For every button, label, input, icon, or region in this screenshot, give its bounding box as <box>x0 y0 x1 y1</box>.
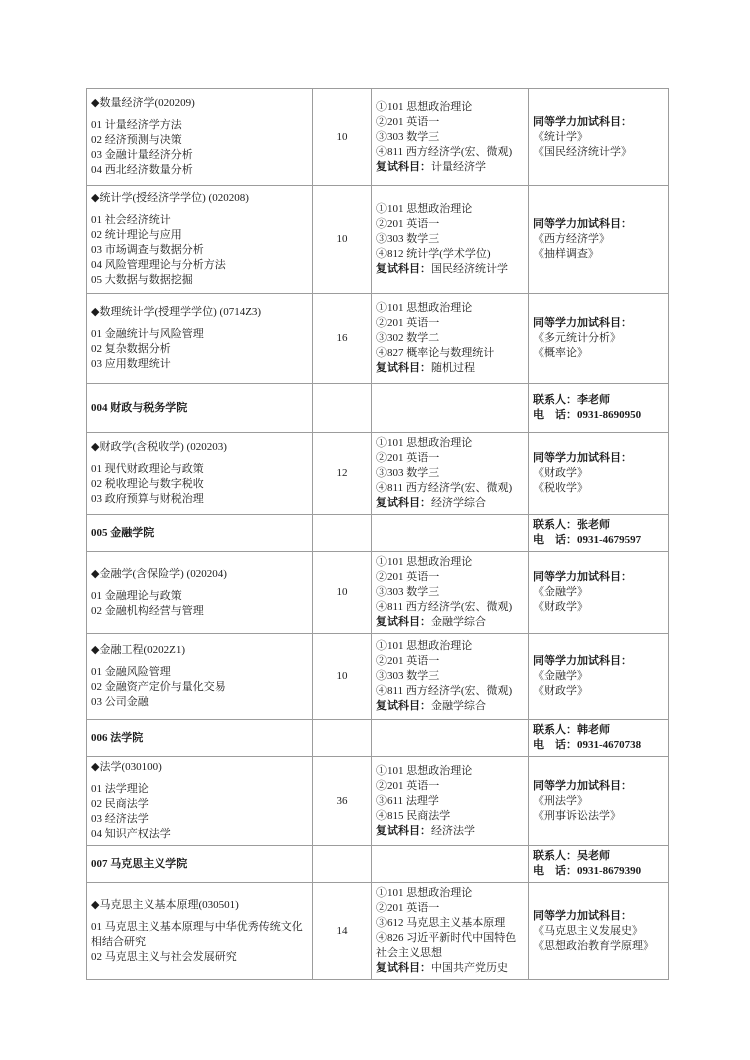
equivalency-note-item: 《财政学》 <box>533 600 664 615</box>
major-info-cell: ◆法学(030100) 01 法学理论 02 民商法学 03 经济法学 04 知… <box>87 757 313 846</box>
exam-subject: ②201 英语一 <box>376 316 524 331</box>
college-row: 006 法学院 联系人：韩老师 电 话：0931-4670738 <box>87 720 669 757</box>
exam-subject: ④811 西方经济学(宏、微观) <box>376 600 524 615</box>
research-direction: 02 复杂数据分析 <box>91 342 308 357</box>
contact-phone: 电 话：0931-8679390 <box>533 864 664 879</box>
research-direction: 03 政府预算与财税治理 <box>91 492 308 507</box>
exam-subject: ①101 思想政治理论 <box>376 202 524 217</box>
contact-person: 联系人：韩老师 <box>533 723 664 738</box>
empty-cell <box>372 846 529 883</box>
exam-subject: ②201 英语一 <box>376 901 524 916</box>
major-info-cell: ◆统计学(授经济学学位) (020208) 01 社会经济统计 02 统计理论与… <box>87 186 313 294</box>
exam-subject: ②201 英语一 <box>376 779 524 794</box>
major-info-cell: ◆数理统计学(授理学学位) (0714Z3) 01 金融统计与风险管理 02 复… <box>87 294 313 384</box>
equivalency-note-item: 《刑法学》 <box>533 794 664 809</box>
exam-subject: ③303 数学三 <box>376 669 524 684</box>
exam-subject: ②201 英语一 <box>376 217 524 232</box>
exam-subject: ④827 概率论与数理统计 <box>376 346 524 361</box>
college-row: 005 金融学院 联系人：张老师 电 话：0931-4679597 <box>87 515 669 552</box>
exam-subject: ③303 数学三 <box>376 232 524 247</box>
retest-subjects: 复试科目：计量经济学 <box>376 160 524 175</box>
major-row: ◆财政学(含税收学) (020203) 01 现代财政理论与政策 02 税收理论… <box>87 433 669 515</box>
contact-phone: 电 话：0931-4679597 <box>533 533 664 548</box>
retest-subjects: 复试科目：金融学综合 <box>376 615 524 630</box>
research-direction: 03 公司金融 <box>91 695 308 710</box>
research-direction: 03 市场调查与数据分析 <box>91 243 308 258</box>
empty-cell <box>313 846 372 883</box>
equivalency-note-item: 《财政学》 <box>533 684 664 699</box>
research-direction: 02 马克思主义与社会发展研究 <box>91 950 308 965</box>
retest-subjects: 复试科目：金融学综合 <box>376 699 524 714</box>
research-direction: 02 金融资产定价与量化交易 <box>91 680 308 695</box>
research-direction: 01 金融理论与政策 <box>91 589 308 604</box>
research-direction: 03 金融计量经济分析 <box>91 148 308 163</box>
exam-subject: ①101 思想政治理论 <box>376 639 524 654</box>
research-direction: 02 民商法学 <box>91 797 308 812</box>
contact-cell: 联系人：韩老师 电 话：0931-4670738 <box>529 720 669 757</box>
equivalency-notes-cell: 同等学力加试科目： 《统计学》 《国民经济统计学》 <box>529 89 669 186</box>
empty-cell <box>313 515 372 552</box>
exam-subject: ④815 民商法学 <box>376 809 524 824</box>
empty-cell <box>372 515 529 552</box>
exam-subjects-cell: ①101 思想政治理论 ②201 英语一 ③302 数学二 ④827 概率论与数… <box>372 294 529 384</box>
exam-subject: ②201 英语一 <box>376 115 524 130</box>
document-page: ◆数量经济学(020209) 01 计量经济学方法 02 经济预测与决策 03 … <box>0 0 750 1060</box>
quota-value: 14 <box>313 883 372 980</box>
equivalency-note-item: 《金融学》 <box>533 585 664 600</box>
quota-value: 10 <box>313 552 372 634</box>
exam-subject: ②201 英语一 <box>376 570 524 585</box>
college-name: 007 马克思主义学院 <box>87 846 313 883</box>
empty-cell <box>313 720 372 757</box>
major-row: ◆法学(030100) 01 法学理论 02 民商法学 03 经济法学 04 知… <box>87 757 669 846</box>
equivalency-note-item: 《马克思主义发展史》 <box>533 924 664 939</box>
equivalency-notes-cell: 同等学力加试科目： 《金融学》 《财政学》 <box>529 634 669 720</box>
research-direction: 03 经济法学 <box>91 812 308 827</box>
research-direction: 04 知识产权法学 <box>91 827 308 842</box>
exam-subject: ④826 习近平新时代中国特色社会主义思想 <box>376 931 524 961</box>
exam-subject: ②201 英语一 <box>376 451 524 466</box>
major-info-cell: ◆金融工程(0202Z1) 01 金融风险管理 02 金融资产定价与量化交易 0… <box>87 634 313 720</box>
contact-cell: 联系人：李老师 电 话：0931-8690950 <box>529 384 669 433</box>
exam-subject: ③302 数学二 <box>376 331 524 346</box>
quota-value: 10 <box>313 186 372 294</box>
major-row: ◆统计学(授经济学学位) (020208) 01 社会经济统计 02 统计理论与… <box>87 186 669 294</box>
exam-subject: ③612 马克思主义基本原理 <box>376 916 524 931</box>
exam-subject: ①101 思想政治理论 <box>376 555 524 570</box>
exam-subjects-cell: ①101 思想政治理论 ②201 英语一 ③303 数学三 ④811 西方经济学… <box>372 552 529 634</box>
research-direction: 01 计量经济学方法 <box>91 118 308 133</box>
retest-subjects: 复试科目：国民经济统计学 <box>376 262 524 277</box>
equivalency-notes-cell: 同等学力加试科目： 《马克思主义发展史》 《思想政治教育学原理》 <box>529 883 669 980</box>
exam-subject: ③611 法理学 <box>376 794 524 809</box>
retest-subjects: 复试科目：随机过程 <box>376 361 524 376</box>
major-name: ◆金融工程(0202Z1) <box>91 643 308 658</box>
research-direction: 01 金融风险管理 <box>91 665 308 680</box>
exam-subject: ④811 西方经济学(宏、微观) <box>376 684 524 699</box>
quota-value: 36 <box>313 757 372 846</box>
exam-subjects-cell: ①101 思想政治理论 ②201 英语一 ③611 法理学 ④815 民商法学 … <box>372 757 529 846</box>
exam-subject: ④812 统计学(学术学位) <box>376 247 524 262</box>
equivalency-notes-cell: 同等学力加试科目： 《财政学》 《税收学》 <box>529 433 669 515</box>
contact-person: 联系人：张老师 <box>533 518 664 533</box>
research-direction: 02 统计理论与应用 <box>91 228 308 243</box>
major-name: ◆数量经济学(020209) <box>91 96 308 111</box>
retest-subjects: 复试科目：中国共产党历史 <box>376 961 524 976</box>
retest-subjects: 复试科目：经济法学 <box>376 824 524 839</box>
contact-person: 联系人：吴老师 <box>533 849 664 864</box>
contact-phone: 电 话：0931-4670738 <box>533 738 664 753</box>
equivalency-note-title: 同等学力加试科目： <box>533 451 664 466</box>
equivalency-note-item: 《多元统计分析》 <box>533 331 664 346</box>
exam-subject: ①101 思想政治理论 <box>376 886 524 901</box>
equivalency-note-title: 同等学力加试科目： <box>533 115 664 130</box>
research-direction: 01 金融统计与风险管理 <box>91 327 308 342</box>
research-direction: 05 大数据与数据挖掘 <box>91 273 308 288</box>
exam-subjects-cell: ①101 思想政治理论 ②201 英语一 ③303 数学三 ④811 西方经济学… <box>372 433 529 515</box>
equivalency-note-item: 《刑事诉讼法学》 <box>533 809 664 824</box>
exam-subject: ④811 西方经济学(宏、微观) <box>376 145 524 160</box>
contact-cell: 联系人：张老师 电 话：0931-4679597 <box>529 515 669 552</box>
exam-subjects-cell: ①101 思想政治理论 ②201 英语一 ③612 马克思主义基本原理 ④826… <box>372 883 529 980</box>
research-direction: 04 西北经济数量分析 <box>91 163 308 178</box>
equivalency-note-title: 同等学力加试科目： <box>533 654 664 669</box>
major-name: ◆马克思主义基本原理(030501) <box>91 898 308 913</box>
equivalency-note-item: 《西方经济学》 <box>533 232 664 247</box>
equivalency-note-item: 《财政学》 <box>533 466 664 481</box>
college-name: 006 法学院 <box>87 720 313 757</box>
exam-subject: ①101 思想政治理论 <box>376 436 524 451</box>
exam-subject: ③303 数学三 <box>376 130 524 145</box>
research-direction: 02 金融机构经营与管理 <box>91 604 308 619</box>
exam-subject: ①101 思想政治理论 <box>376 100 524 115</box>
major-info-cell: ◆金融学(含保险学) (020204) 01 金融理论与政策 02 金融机构经营… <box>87 552 313 634</box>
research-direction: 02 税收理论与数字税收 <box>91 477 308 492</box>
quota-value: 16 <box>313 294 372 384</box>
major-name: ◆数理统计学(授理学学位) (0714Z3) <box>91 305 308 320</box>
exam-subject: ①101 思想政治理论 <box>376 301 524 316</box>
major-name: ◆金融学(含保险学) (020204) <box>91 567 308 582</box>
major-row: ◆金融工程(0202Z1) 01 金融风险管理 02 金融资产定价与量化交易 0… <box>87 634 669 720</box>
college-row: 007 马克思主义学院 联系人：吴老师 电 话：0931-8679390 <box>87 846 669 883</box>
major-info-cell: ◆马克思主义基本原理(030501) 01 马克思主义基本原理与中华优秀传统文化… <box>87 883 313 980</box>
equivalency-note-item: 《税收学》 <box>533 481 664 496</box>
equivalency-note-item: 《思想政治教育学原理》 <box>533 939 664 954</box>
research-direction: 01 现代财政理论与政策 <box>91 462 308 477</box>
major-info-cell: ◆财政学(含税收学) (020203) 01 现代财政理论与政策 02 税收理论… <box>87 433 313 515</box>
equivalency-note-item: 《国民经济统计学》 <box>533 145 664 160</box>
equivalency-notes-cell: 同等学力加试科目： 《刑法学》 《刑事诉讼法学》 <box>529 757 669 846</box>
college-row: 004 财政与税务学院 联系人：李老师 电 话：0931-8690950 <box>87 384 669 433</box>
contact-person: 联系人：李老师 <box>533 393 664 408</box>
college-name: 004 财政与税务学院 <box>87 384 313 433</box>
research-direction: 04 风险管理理论与分析方法 <box>91 258 308 273</box>
retest-subjects: 复试科目：经济学综合 <box>376 496 524 511</box>
equivalency-note-item: 《概率论》 <box>533 346 664 361</box>
major-name: ◆财政学(含税收学) (020203) <box>91 440 308 455</box>
research-direction: 03 应用数理统计 <box>91 357 308 372</box>
empty-cell <box>372 384 529 433</box>
contact-phone: 电 话：0931-8690950 <box>533 408 664 423</box>
admissions-catalog-table: ◆数量经济学(020209) 01 计量经济学方法 02 经济预测与决策 03 … <box>86 88 669 980</box>
empty-cell <box>372 720 529 757</box>
empty-cell <box>313 384 372 433</box>
college-name: 005 金融学院 <box>87 515 313 552</box>
exam-subject: ④811 西方经济学(宏、微观) <box>376 481 524 496</box>
equivalency-notes-cell: 同等学力加试科目： 《多元统计分析》 《概率论》 <box>529 294 669 384</box>
equivalency-note-title: 同等学力加试科目： <box>533 217 664 232</box>
exam-subject: ②201 英语一 <box>376 654 524 669</box>
equivalency-note-title: 同等学力加试科目： <box>533 316 664 331</box>
exam-subjects-cell: ①101 思想政治理论 ②201 英语一 ③303 数学三 ④811 西方经济学… <box>372 89 529 186</box>
equivalency-notes-cell: 同等学力加试科目： 《金融学》 《财政学》 <box>529 552 669 634</box>
major-row: ◆金融学(含保险学) (020204) 01 金融理论与政策 02 金融机构经营… <box>87 552 669 634</box>
equivalency-note-title: 同等学力加试科目： <box>533 570 664 585</box>
equivalency-note-item: 《统计学》 <box>533 130 664 145</box>
quota-value: 12 <box>313 433 372 515</box>
equivalency-notes-cell: 同等学力加试科目： 《西方经济学》 《抽样调查》 <box>529 186 669 294</box>
exam-subjects-cell: ①101 思想政治理论 ②201 英语一 ③303 数学三 ④812 统计学(学… <box>372 186 529 294</box>
exam-subjects-cell: ①101 思想政治理论 ②201 英语一 ③303 数学三 ④811 西方经济学… <box>372 634 529 720</box>
research-direction: 02 经济预测与决策 <box>91 133 308 148</box>
equivalency-note-title: 同等学力加试科目： <box>533 909 664 924</box>
equivalency-note-item: 《金融学》 <box>533 669 664 684</box>
major-name: ◆统计学(授经济学学位) (020208) <box>91 191 308 206</box>
major-row: ◆数量经济学(020209) 01 计量经济学方法 02 经济预测与决策 03 … <box>87 89 669 186</box>
exam-subject: ③303 数学三 <box>376 585 524 600</box>
quota-value: 10 <box>313 89 372 186</box>
major-name: ◆法学(030100) <box>91 760 308 775</box>
major-row: ◆马克思主义基本原理(030501) 01 马克思主义基本原理与中华优秀传统文化… <box>87 883 669 980</box>
research-direction: 01 社会经济统计 <box>91 213 308 228</box>
equivalency-note-title: 同等学力加试科目： <box>533 779 664 794</box>
major-info-cell: ◆数量经济学(020209) 01 计量经济学方法 02 经济预测与决策 03 … <box>87 89 313 186</box>
major-row: ◆数理统计学(授理学学位) (0714Z3) 01 金融统计与风险管理 02 复… <box>87 294 669 384</box>
exam-subject: ①101 思想政治理论 <box>376 764 524 779</box>
research-direction: 01 法学理论 <box>91 782 308 797</box>
quota-value: 10 <box>313 634 372 720</box>
research-direction: 01 马克思主义基本原理与中华优秀传统文化相结合研究 <box>91 920 308 950</box>
exam-subject: ③303 数学三 <box>376 466 524 481</box>
contact-cell: 联系人：吴老师 电 话：0931-8679390 <box>529 846 669 883</box>
equivalency-note-item: 《抽样调查》 <box>533 247 664 262</box>
